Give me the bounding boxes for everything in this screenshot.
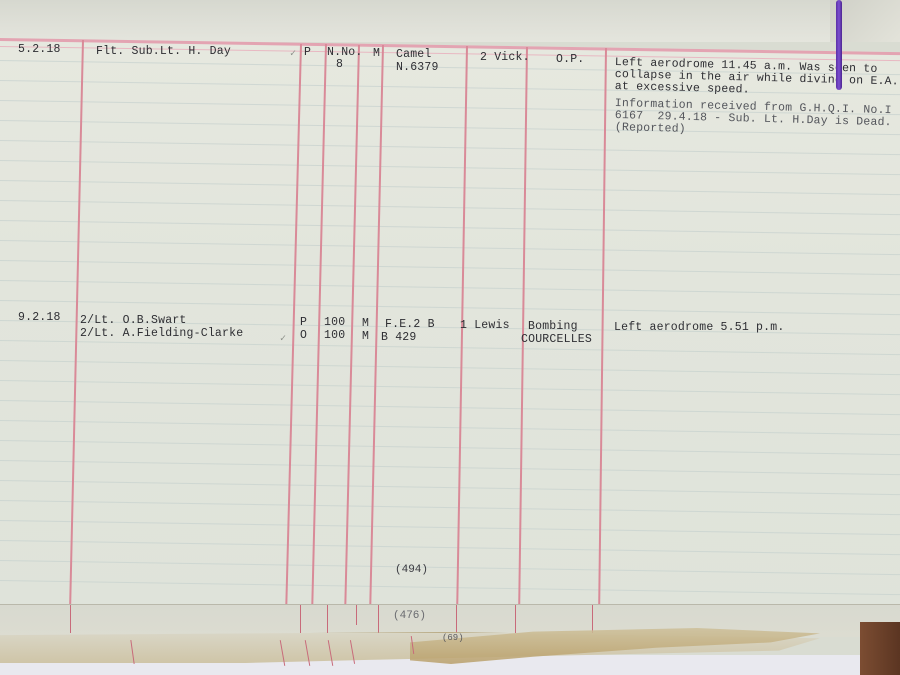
ruled-line [0, 420, 900, 435]
entry-2-squadron-pilot: 100 [324, 317, 345, 329]
underlying-rule [515, 605, 516, 633]
entry-1-followup-line-3: (Reported) [615, 122, 686, 136]
underlying-rule [327, 605, 328, 633]
underlying-rule [378, 605, 379, 633]
entry-2-machine-type: F.E.2 B [385, 319, 435, 331]
ruled-line [0, 300, 900, 315]
entry-2-armament: 1 Lewis [460, 320, 510, 332]
ruled-line [0, 520, 900, 535]
entry-1-m: M [373, 48, 380, 60]
entry-2-role-pilot: P [300, 317, 307, 329]
entry-1-squadron-label: N.No. [327, 47, 363, 59]
underlying-page-number-2: (69) [442, 633, 464, 643]
underlying-rule [456, 605, 457, 633]
ruled-line [0, 460, 900, 475]
underlying-page-number-1: (476) [393, 610, 426, 622]
previous-page-edge [0, 0, 900, 42]
ruled-line [0, 580, 900, 595]
ruled-line [0, 400, 900, 415]
entry-2-role-observer: O [300, 330, 307, 342]
ruled-line [0, 280, 900, 295]
entry-2-date: 9.2.18 [18, 312, 61, 324]
ruled-line [0, 220, 900, 235]
ruled-line [0, 180, 900, 195]
desk-edge [860, 622, 900, 675]
ruled-line [0, 480, 900, 495]
ruled-line [0, 500, 900, 515]
ruled-line [0, 380, 900, 395]
ruled-line [0, 340, 900, 355]
underlying-rule [70, 605, 71, 633]
entry-2-duty-target: COURCELLES [521, 334, 592, 346]
ruled-line [0, 260, 900, 275]
page-number: (494) [395, 564, 428, 576]
entry-2-name-pilot: 2/Lt. O.B.Swart [80, 315, 187, 327]
entry-1-role: P [304, 47, 311, 59]
entry-1-squadron: 8 [336, 59, 343, 71]
checkmark-icon: ✓ [280, 333, 286, 345]
entry-2-m-pilot: M [362, 318, 369, 330]
ruled-line [0, 540, 900, 555]
entry-2-remarks-line-1: Left aerodrome 5.51 p.m. [614, 322, 784, 334]
entry-1-name: Flt. Sub.Lt. H. Day [96, 46, 231, 58]
ruled-line [0, 200, 900, 215]
underlying-rule [300, 605, 301, 633]
entry-1-date: 5.2.18 [18, 44, 61, 56]
entry-2-name-observer: 2/Lt. A.Fielding-Clarke [80, 328, 243, 340]
entry-1-armament: 2 Vick. [480, 52, 530, 64]
entry-1-duty: O.P. [556, 54, 584, 66]
ruled-line [0, 240, 900, 255]
ruled-line [0, 560, 900, 575]
binding-string [836, 0, 842, 90]
underlying-rule [592, 605, 593, 633]
entry-2-m-observer: M [362, 331, 369, 343]
entry-1-machine-type: Camel [396, 49, 432, 61]
entry-2-machine-serial: B 429 [381, 332, 417, 344]
ruled-line [0, 360, 900, 375]
ruled-line [0, 440, 900, 455]
entry-2-squadron-observer: 100 [324, 330, 345, 342]
checkmark-icon: ✓ [290, 48, 296, 60]
underlying-rule [356, 605, 357, 625]
entry-2-duty: Bombing [528, 321, 578, 333]
ruled-line [0, 140, 900, 155]
ruled-line [0, 160, 900, 175]
entry-1-machine-serial: N.6379 [396, 62, 439, 74]
